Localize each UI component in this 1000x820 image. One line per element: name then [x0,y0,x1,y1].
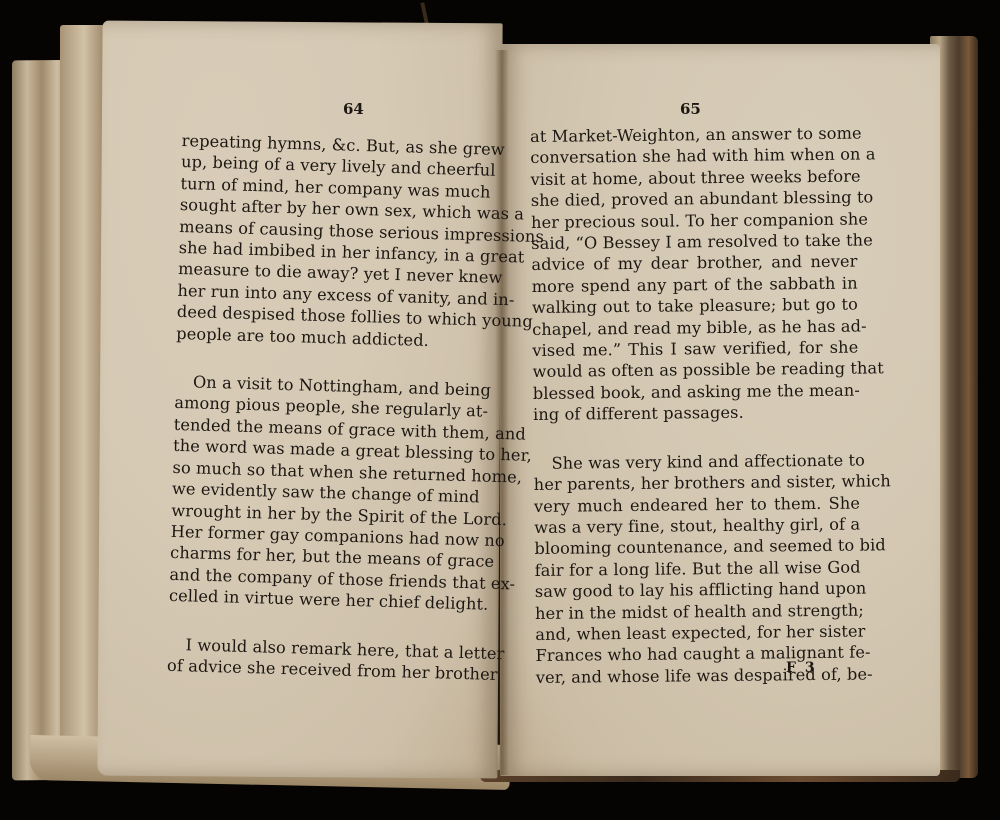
right-page-text: at Market-Weighton, an answer to some co… [530,123,862,689]
right-page-number: 65 [680,100,701,118]
text-line: her parents, her brothers and sister, wh… [534,471,860,496]
text-line: saw good to lay his afflicting hand upon [535,578,861,603]
text-line: blooming countenance, and seemed to bid [534,535,860,560]
left-page-number: 64 [343,100,364,118]
text-line: walking out to take pleasure; but go to [532,294,858,319]
text-line: blessed book, and asking me the mean- [533,379,859,404]
signature-mark: F 3 [786,660,817,676]
text-line: she died, proved an abundant blessing to [531,187,857,212]
left-page-text: repeating hymns, &c. But, as she grew up… [167,130,485,685]
